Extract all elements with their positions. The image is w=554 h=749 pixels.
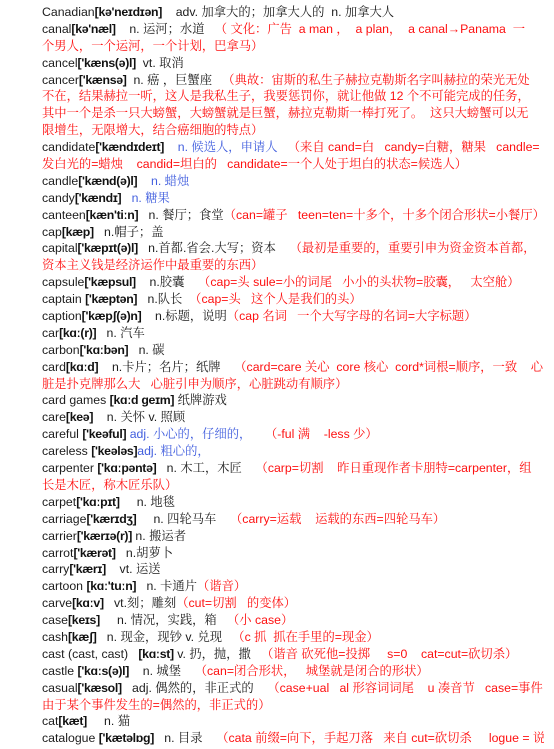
vocab-line: carve[kɑːv] vt.刻；雕刻（cut=切割 的变体） (42, 595, 544, 612)
word-text: car (42, 326, 59, 340)
vocab-line: cat[kæt] n. 猫 (42, 713, 544, 730)
definition-text: n. 猫 (87, 714, 130, 728)
vocab-line: 由于某个事件发生的=偶然的，非正式的） (42, 697, 544, 714)
mnemonic-note-text: （最初是重要的，重要引申为资金资本首都， (290, 241, 536, 255)
definition-text: adv. 加拿大的；加拿大人的 n. 加拿大人 (162, 5, 394, 19)
word-text: capital (42, 241, 78, 255)
vocab-line: 发白光的=蜡烛 candid=坦白的 candidate=一个人处于坦白的状态=… (42, 156, 544, 173)
vocab-line: caption['kæpʃ(ə)n] n.标题，说明（cap 名词 一个大写字母… (42, 308, 544, 325)
vocab-line: capital['kæpɪt(ə)l] n.首都.省会.大写；资本 （最初是重要… (42, 240, 544, 257)
mnemonic-note-text: 限增生，无限增大，结合癌细胞的特点） (42, 123, 263, 137)
vocab-line: 限增生，无限增大，结合癌细胞的特点） (42, 122, 544, 139)
definition-text: n. 目录 (154, 731, 216, 745)
definition-text: n. 关怀 v. 照顾 (93, 410, 185, 424)
definition-text: 纸牌游戏 (174, 393, 227, 407)
vocab-line: 不在，结果赫拉一听，这人是我私生子，我要惩罚你，就让他做 12 个不可能完成的任… (42, 88, 544, 105)
mnemonic-note-text: （ 文化：广告 a man ， a plan， a canal→Panama 一 (215, 22, 525, 36)
vocab-line: cast (cast, cast) [kɑːst] v. 扔，抛，撒 （谐音 砍… (42, 646, 544, 663)
definition-text: n. 四轮马车 (136, 512, 230, 526)
mnemonic-note-text: （can=罐子 teen=ten=十多个，十多个闭合形状=小餐厅） (224, 208, 544, 222)
mnemonic-note-text: （来自 cand=白 candy=白糖，糖果 candle= (288, 140, 540, 154)
definition-text: n. 搬运者 (132, 529, 186, 543)
mnemonic-note-text: 资本主义钱是经济运作中最重要的东西） (42, 258, 263, 272)
vocab-line: candy['kændɪ] n. 糖果 (42, 190, 544, 207)
word-text: cartoon (42, 579, 86, 593)
phonetic-text: [kɑːd] (66, 360, 98, 374)
vocab-line: card games [kɑːd geɪm] 纸牌游戏 (42, 392, 544, 409)
mnemonic-note-text: （can=闭合形状， 城堡就是闭合的形状） (195, 664, 429, 678)
phonetic-text: [kɑː(r)] (59, 326, 96, 340)
mnemonic-note-text: （carp=切割 昨日重现作者卡朋特=carpenter，组 (256, 461, 532, 475)
definition-text: n. 卡通片 (136, 579, 197, 593)
word-text: carry (42, 562, 69, 576)
definition-text: n.胶囊 (136, 275, 198, 289)
mnemonic-note-text: 长是木匠，称木匠乐队） (42, 478, 177, 492)
definition-text: n. 汽车 (96, 326, 145, 340)
phonetic-text: [keɪs] (68, 613, 100, 627)
phonetic-text: ['kærɪ] (69, 562, 106, 576)
phonetic-text: ['kænd(ə)l] (78, 174, 137, 188)
word-text: cat (42, 714, 58, 728)
definition-text: n.胡萝卜 (116, 546, 173, 560)
vocab-line: car[kɑː(r)] n. 汽车 (42, 325, 544, 342)
mnemonic-note-text: （cap=头 这个人是我们的头） (189, 292, 362, 306)
mnemonic-note-text: （case+ual al 形容词词尾 u 凑音节 case=事件 (267, 681, 542, 695)
word-text: Canadian (42, 5, 95, 19)
definition-text: n.标题，说明 (141, 309, 226, 323)
mnemonic-note-text: （谐音 砍死他=投掷 s=0 cat=cut=砍切杀） (261, 647, 517, 661)
vocab-line: cancer['kænsə] n. 癌 ，巨蟹座 （典故：宙斯的私生子赫拉克勒斯… (42, 72, 544, 89)
word-text: cash (42, 630, 68, 644)
word-text: candle (42, 174, 78, 188)
definition-text: n.卡片；名片；纸牌 (98, 360, 234, 374)
vocab-line: 其中一个是杀一只大螃蟹，大螃蟹就是巨蟹，赫拉克勒斯一棒打死了。 这只大螃蟹可以无 (42, 105, 544, 122)
word-text: card games (42, 393, 110, 407)
vocab-line: carbon['kɑːbən] n. 碳 (42, 342, 544, 359)
definition-text: n. 木工，木匠 (156, 461, 255, 475)
definition-text: vt.刻；雕刻 (104, 596, 176, 610)
definition-text-blue: adj. 小心的，仔细的， (126, 427, 265, 441)
vocab-line: carriage['kærɪdʒ] n. 四轮马车 （carry=运载 运载的东… (42, 511, 544, 528)
phonetic-text: ['kærət] (73, 546, 115, 560)
phonetic-text: [keə] (66, 410, 93, 424)
phonetic-text: [kæn'tiːn] (86, 208, 139, 222)
word-text: castle (42, 664, 78, 678)
definition-text: n. 情况，实践，箱 (100, 613, 227, 627)
vocab-line: candidate['kændɪdeɪt] n. 候选人，申请人 （来自 can… (42, 139, 544, 156)
vocab-line: 长是木匠，称木匠乐队） (42, 477, 544, 494)
word-text: carrot (42, 546, 73, 560)
vocab-line: captain ['kæptən] n.队长 （cap=头 这个人是我们的头） (42, 291, 544, 308)
definition-text: n. 癌 ，巨蟹座 (127, 73, 223, 87)
phonetic-text: ['kæpʃ(ə)n] (82, 309, 142, 323)
mnemonic-note-text: （谐音） (197, 579, 246, 593)
word-text: carpenter (42, 461, 97, 475)
word-text: careless (42, 444, 91, 458)
vocab-line: Canadian[kə'neɪdɪən] adv. 加拿大的；加拿大人的 n. … (42, 4, 544, 21)
phonetic-text: [kɑː'tuːn] (86, 579, 136, 593)
vocab-line: carpet['kɑːpɪt] n. 地毯 (42, 494, 544, 511)
phonetic-text: ['kɑːpɪt] (76, 495, 119, 509)
vocab-line: 资本主义钱是经济运作中最重要的东西） (42, 257, 544, 274)
word-text: candidate (42, 140, 95, 154)
phonetic-text: [kæp] (62, 225, 94, 239)
mnemonic-note-text: （cap 名词 一个大写字母的名词=大字标题） (227, 309, 477, 323)
word-text: carriage (42, 512, 86, 526)
phonetic-text: ['kɑːpəntə] (97, 461, 156, 475)
phonetic-text: ['kæpsul] (84, 275, 135, 289)
document-page: Canadian[kə'neɪdɪən] adv. 加拿大的；加拿大人的 n. … (0, 0, 554, 749)
vocab-line: case[keɪs] n. 情况，实践，箱 （小 case） (42, 612, 544, 629)
mnemonic-note-text: 不在，结果赫拉一听，这人是我私生子，我要惩罚你，就让他做 12 个不可能完成的任… (42, 89, 530, 103)
phonetic-text: ['kærɪə(r)] (77, 529, 132, 543)
vocab-line: carry['kærɪ] vt. 运送 (42, 561, 544, 578)
word-text: cast (cast, cast) (42, 647, 138, 661)
definition-text: n. 碳 (128, 343, 164, 357)
phonetic-text: [kɑːv] (72, 596, 104, 610)
phonetic-text: [kæt] (58, 714, 87, 728)
definition-text: n.帽子；盖 (94, 225, 164, 239)
word-text: case (42, 613, 68, 627)
phonetic-text: ['kætəlɒg] (99, 731, 154, 745)
vocab-line: 个男人，一个运河，一个计划，巴拿马） (42, 38, 544, 55)
word-text: casual (42, 681, 78, 695)
vocab-line: casual['kæsol] adj. 偶然的，非正式的 （case+ual a… (42, 680, 544, 697)
vocab-line: canteen[kæn'tiːn] n. 餐厅；食堂（can=罐子 teen=t… (42, 207, 544, 224)
phonetic-text: ['keələs] (91, 444, 137, 458)
definition-text: n. 运河；水道 (116, 22, 215, 36)
vocab-line: careless ['keələs]adj. 粗心的， (42, 443, 544, 460)
vocab-list: Canadian[kə'neɪdɪən] adv. 加拿大的；加拿大人的 n. … (42, 4, 544, 747)
mnemonic-note-text: （典故：宙斯的私生子赫拉克勒斯名字叫赫拉的荣光无处 (222, 73, 529, 87)
word-text: capsule (42, 275, 84, 289)
phonetic-text: [kɑːd geɪm] (110, 393, 175, 407)
vocab-line: cap[kæp] n.帽子；盖 (42, 224, 544, 241)
mnemonic-note-text: （小 case） (227, 613, 293, 627)
word-text: candy (42, 191, 75, 205)
definition-text: n. 城堡 (129, 664, 195, 678)
definition-text-blue: n. 候选人，申请人 (164, 140, 288, 154)
phonetic-text: ['kærɪdʒ] (86, 512, 136, 526)
phonetic-text: [kə'næl] (71, 22, 115, 36)
definition-text-blue: n. 糖果 (121, 191, 170, 205)
definition-text: n. 现金，现钞 v. 兑现 (97, 630, 233, 644)
phonetic-text: ['kæpɪt(ə)l] (78, 241, 138, 255)
phonetic-text: ['kæptən] (85, 292, 137, 306)
mnemonic-note-text: 脏是扑克牌那么大 心脏引申为顺序，心脏跳动有顺序） (42, 377, 347, 391)
word-text: carbon (42, 343, 80, 357)
definition-text: vt. 运送 (106, 562, 161, 576)
word-text: canal (42, 22, 71, 36)
definition-text: n. 餐厅；食堂 (138, 208, 223, 222)
mnemonic-note-text: （card=care 关心 core 核心 cord*词根=顺序，一致 心 (234, 360, 543, 374)
vocab-line: care[keə] n. 关怀 v. 照顾 (42, 409, 544, 426)
vocab-line: castle ['kɑːs(ə)l] n. 城堡 （can=闭合形状， 城堡就是… (42, 663, 544, 680)
word-text: cancer (42, 73, 79, 87)
mnemonic-note-text: （cata 前缀=向下，手起刀落 来自 cut=砍切杀 logue = 说 (216, 731, 544, 745)
vocab-line: cash[kæʃ] n. 现金，现钞 v. 兑现 （c 抓 抓在手里的=现金） (42, 629, 544, 646)
word-text: carrier (42, 529, 77, 543)
word-text: cap (42, 225, 62, 239)
phonetic-text: [kɑːst] (138, 647, 173, 661)
definition-text-blue: adj. 粗心的， (137, 444, 209, 458)
phonetic-text: ['kændɪdeɪt] (95, 140, 164, 154)
word-text: canteen (42, 208, 86, 222)
vocab-line: candle['kænd(ə)l] n. 蜡烛 (42, 173, 544, 190)
mnemonic-note-text: 发白光的=蜡烛 candid=坦白的 candidate=一个人处于坦白的状态=… (42, 157, 467, 171)
mnemonic-note-text: （cap=头 sule=小的词尾 小小的头状物=胶囊， 太空舱） (198, 275, 520, 289)
word-text: captain (42, 292, 85, 306)
definition-text: n. 地毯 (120, 495, 175, 509)
word-text: caption (42, 309, 82, 323)
mnemonic-note-text: 个男人，一个运河，一个计划，巴拿马） (42, 39, 263, 53)
phonetic-text: [kə'neɪdɪən] (95, 5, 162, 19)
phonetic-text: [kæʃ] (68, 630, 97, 644)
vocab-line: capsule['kæpsul] n.胶囊 （cap=头 sule=小的词尾 小… (42, 274, 544, 291)
definition-text-blue: n. 蜡烛 (137, 174, 189, 188)
vocab-line: cancel['kæns(ə)l] vt. 取消 (42, 55, 544, 72)
mnemonic-note-text: 由于某个事件发生的=偶然的，非正式的） (42, 698, 271, 712)
word-text: careful (42, 427, 82, 441)
word-text: care (42, 410, 66, 424)
definition-text: adj. 偶然的，非正式的 (122, 681, 268, 695)
definition-text: n.队长 (137, 292, 189, 306)
definition-text: v. 扔，抛，撒 (174, 647, 261, 661)
definition-text: n.首都.省会.大写；资本 (138, 241, 290, 255)
phonetic-text: ['kændɪ] (75, 191, 122, 205)
vocab-line: carrot['kærət] n.胡萝卜 (42, 545, 544, 562)
vocab-line: card[kɑːd] n.卡片；名片；纸牌 （card=care 关心 core… (42, 359, 544, 376)
definition-text: vt. 取消 (136, 56, 184, 70)
vocab-line: careful ['keəful] adj. 小心的，仔细的， （-ful 满 … (42, 426, 544, 443)
phonetic-text: ['kɑːs(ə)l] (78, 664, 130, 678)
mnemonic-note-text: （c 抓 抓在手里的=现金） (232, 630, 379, 644)
mnemonic-note-text: （carry=运载 运载的东西=四轮马车） (230, 512, 445, 526)
word-text: card (42, 360, 66, 374)
word-text: cancel (42, 56, 78, 70)
mnemonic-note-text: （-ful 满 -less 少） (265, 427, 378, 441)
mnemonic-note-text: （cut=切割 的变体） (176, 596, 296, 610)
word-text: carve (42, 596, 72, 610)
phonetic-text: ['kæsol] (78, 681, 122, 695)
phonetic-text: ['kæns(ə)l] (78, 56, 136, 70)
phonetic-text: ['kɑːbən] (80, 343, 129, 357)
phonetic-text: ['kænsə] (79, 73, 127, 87)
word-text: carpet (42, 495, 76, 509)
vocab-line: canal[kə'næl] n. 运河；水道 （ 文化：广告 a man ， a… (42, 21, 544, 38)
word-text: catalogue (42, 731, 99, 745)
vocab-line: cartoon [kɑː'tuːn] n. 卡通片（谐音） (42, 578, 544, 595)
vocab-line: carrier['kærɪə(r)] n. 搬运者 (42, 528, 544, 545)
mnemonic-note-text: 其中一个是杀一只大螃蟹，大螃蟹就是巨蟹，赫拉克勒斯一棒打死了。 这只大螃蟹可以无 (42, 106, 528, 120)
vocab-line: 脏是扑克牌那么大 心脏引申为顺序，心脏跳动有顺序） (42, 376, 544, 393)
phonetic-text: ['keəful] (82, 427, 126, 441)
vocab-line: carpenter ['kɑːpəntə] n. 木工，木匠 （carp=切割 … (42, 460, 544, 477)
vocab-line: catalogue ['kætəlɒg] n. 目录 （cata 前缀=向下，手… (42, 730, 544, 747)
